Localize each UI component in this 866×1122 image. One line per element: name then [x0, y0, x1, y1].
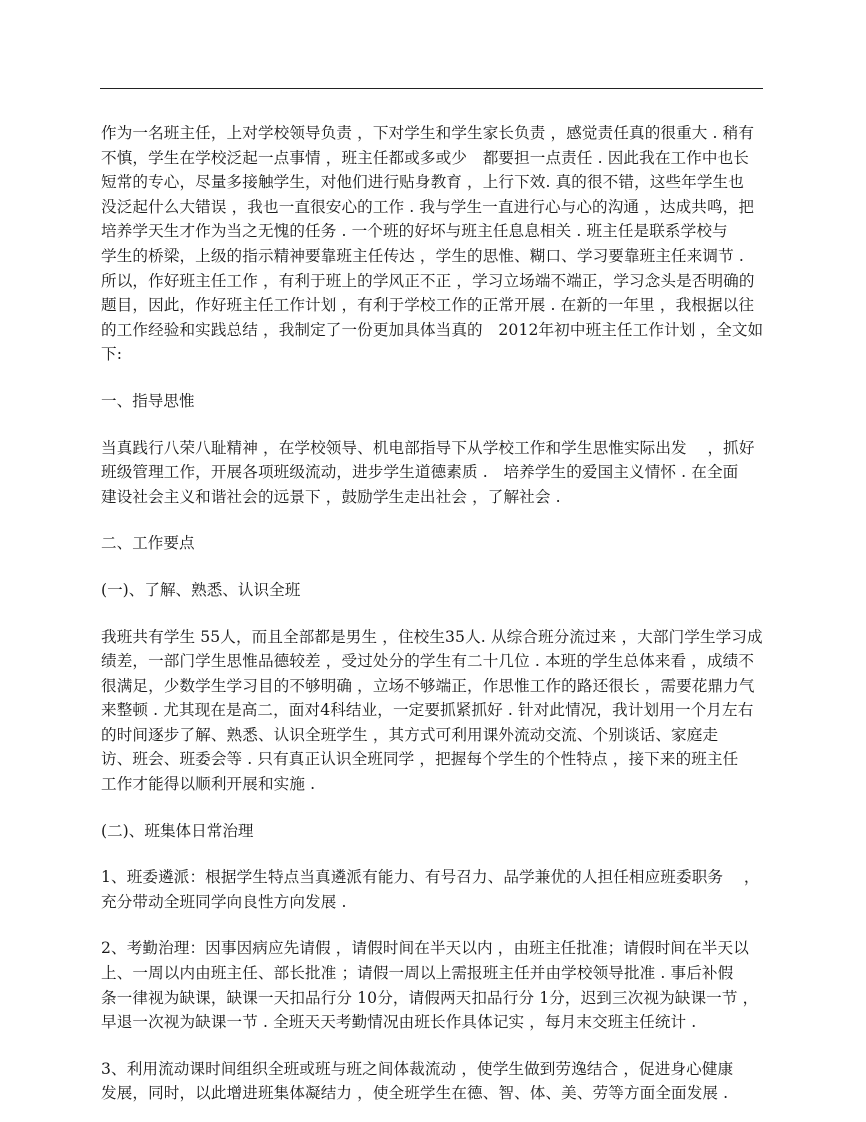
text-line: 2、考勤治理：因事因病应先请假 ，请假时间在半天以内 ，由班主任批准；请假时间在… [101, 936, 771, 961]
item-attendance-management: 2、考勤治理：因事因病应先请假 ，请假时间在半天以内 ，由班主任批准；请假时间在… [101, 936, 771, 1034]
text-line: 题目，因此，作好班主任工作计划 ，有利于学校工作的正常开展 . 在新的一年里 ，… [101, 293, 771, 318]
text-line: 访、班会、班委会等 . 只有真正认识全班同学 ，把握每个学生的个性特点 ，接下来… [101, 747, 771, 772]
text-line: 短常的专心，尽量多接触学生，对他们进行贴身教育 ，上行下效. 真的很不错，这些年… [101, 170, 771, 195]
text-line: 所以，作好班主任工作 ，有利于班上的学风正不正 ，学习立场端不端正，学习念头是否… [101, 269, 771, 294]
text-line: 建设社会主义和谐社会的远景下 ，鼓励学生走出社会 ，了解社会 . [101, 485, 771, 510]
text-line: 下: [101, 342, 771, 367]
text-line: 工作才能得以顺利开展和实施 . [101, 772, 771, 797]
text-line: 班级管理工作，开展各项班级流动，进步学生道德素质 . 培养学生的爱国主义情怀 .… [101, 460, 771, 485]
document-body: 作为一名班主任，上对学校领导负责 ，下对学生和学生家长负责 ，感觉责任真的很重大… [101, 121, 771, 1106]
text-line: 培养学天生才作为当之无愧的任务 . 一个班的好坏与班主任息息相关 . 班主任是联… [101, 219, 771, 244]
text-line: 的时间逐步了解、熟悉、认识全班学生 ，其方式可利用课外流动交流、个别谈话、家庭走 [101, 723, 771, 748]
text-line: 学生的桥梁，上级的指示精神要靠班主任传达 ，学生的思惟、糊口、学习要靠班主任来调… [101, 244, 771, 269]
item-class-committee: 1、班委遴派：根据学生特点当真遴派有能力、有号召力、品学兼优的人担任相应班委职务… [101, 865, 771, 914]
text-line: 我班共有学生 55人，而且全部都是男生 ，住校生35人. 从综合班分流过来 ，大… [101, 625, 771, 650]
text-line: 条一律视为缺课，缺课一天扣品行分 10分，请假两天扣品行分 1分，迟到三次视为缺… [101, 986, 771, 1011]
text-line: 很满足，少数学生学习目的不够明确 ，立场不够端正，作思惟工作的路还很长 ，需要花… [101, 674, 771, 699]
text-line: 发展，同时，以此增进班集体凝结力 ，使全班学生在德、智、体、美、劳等方面全面发展… [101, 1081, 771, 1106]
guiding-thought-paragraph: 当真践行八荣八耻精神 ，在学校领导、机电部指导下从学校工作和学生思惟实际出发 ，… [101, 436, 771, 510]
text-line: 早退一次视为缺课一节 . 全班天天考勤情况由班长作具体记实 ，每月末交班主任统计… [101, 1010, 771, 1035]
section-heading-work-points: 二、工作要点 [101, 531, 771, 556]
text-line: 上、一周以内由班主任、部长批准 ；请假一周以上需报班主任并由学校领导批准 . 事… [101, 961, 771, 986]
text-line: 不慎，学生在学校泛起一点事情 ，班主任都或多或少 都要担一点责任 . 因此我在工… [101, 146, 771, 171]
text-line: 当真践行八荣八耻精神 ，在学校领导、机电部指导下从学校工作和学生思惟实际出发 ，… [101, 436, 771, 461]
header-rule [100, 88, 763, 89]
text-line: 3、利用流动课时间组织全班或班与班之间体裁流动 ，使学生做到劳逸结合 ，促进身心… [101, 1057, 771, 1082]
section-heading-guiding-thought: 一、指导思惟 [101, 389, 771, 414]
know-class-paragraph: 我班共有学生 55人，而且全部都是男生 ，住校生35人. 从综合班分流过来 ，大… [101, 625, 771, 797]
item-activity-class: 3、利用流动课时间组织全班或班与班之间体裁流动 ，使学生做到劳逸结合 ，促进身心… [101, 1057, 771, 1106]
text-line: 作为一名班主任，上对学校领导负责 ，下对学生和学生家长负责 ，感觉责任真的很重大… [101, 121, 771, 146]
intro-paragraph: 作为一名班主任，上对学校领导负责 ，下对学生和学生家长负责 ，感觉责任真的很重大… [101, 121, 771, 367]
text-line: 的工作经验和实践总结 ，我制定了一份更加具体当真的 2012年初中班主任工作计划… [101, 318, 771, 343]
text-line: 充分带动全班同学向良性方向发展 . [101, 890, 771, 915]
text-line: 绩差，一部门学生思惟品德较差 ，受过处分的学生有二十几位 . 本班的学生总体来看… [101, 649, 771, 674]
subsection-heading-daily-management: (二)、班集体日常治理 [101, 819, 771, 844]
text-line: 1、班委遴派：根据学生特点当真遴派有能力、有号召力、品学兼优的人担任相应班委职务… [101, 865, 771, 890]
text-line: 没泛起什么大错误 ，我也一直很安心的工作 . 我与学生一直进行心与心的沟通 ，达… [101, 195, 771, 220]
text-line: 来整顿 . 尤其现在是高二，面对4科结业，一定要抓紧抓好 . 针对此情况，我计划… [101, 698, 771, 723]
subsection-heading-know-class: (一)、了解、熟悉、认识全班 [101, 578, 771, 603]
